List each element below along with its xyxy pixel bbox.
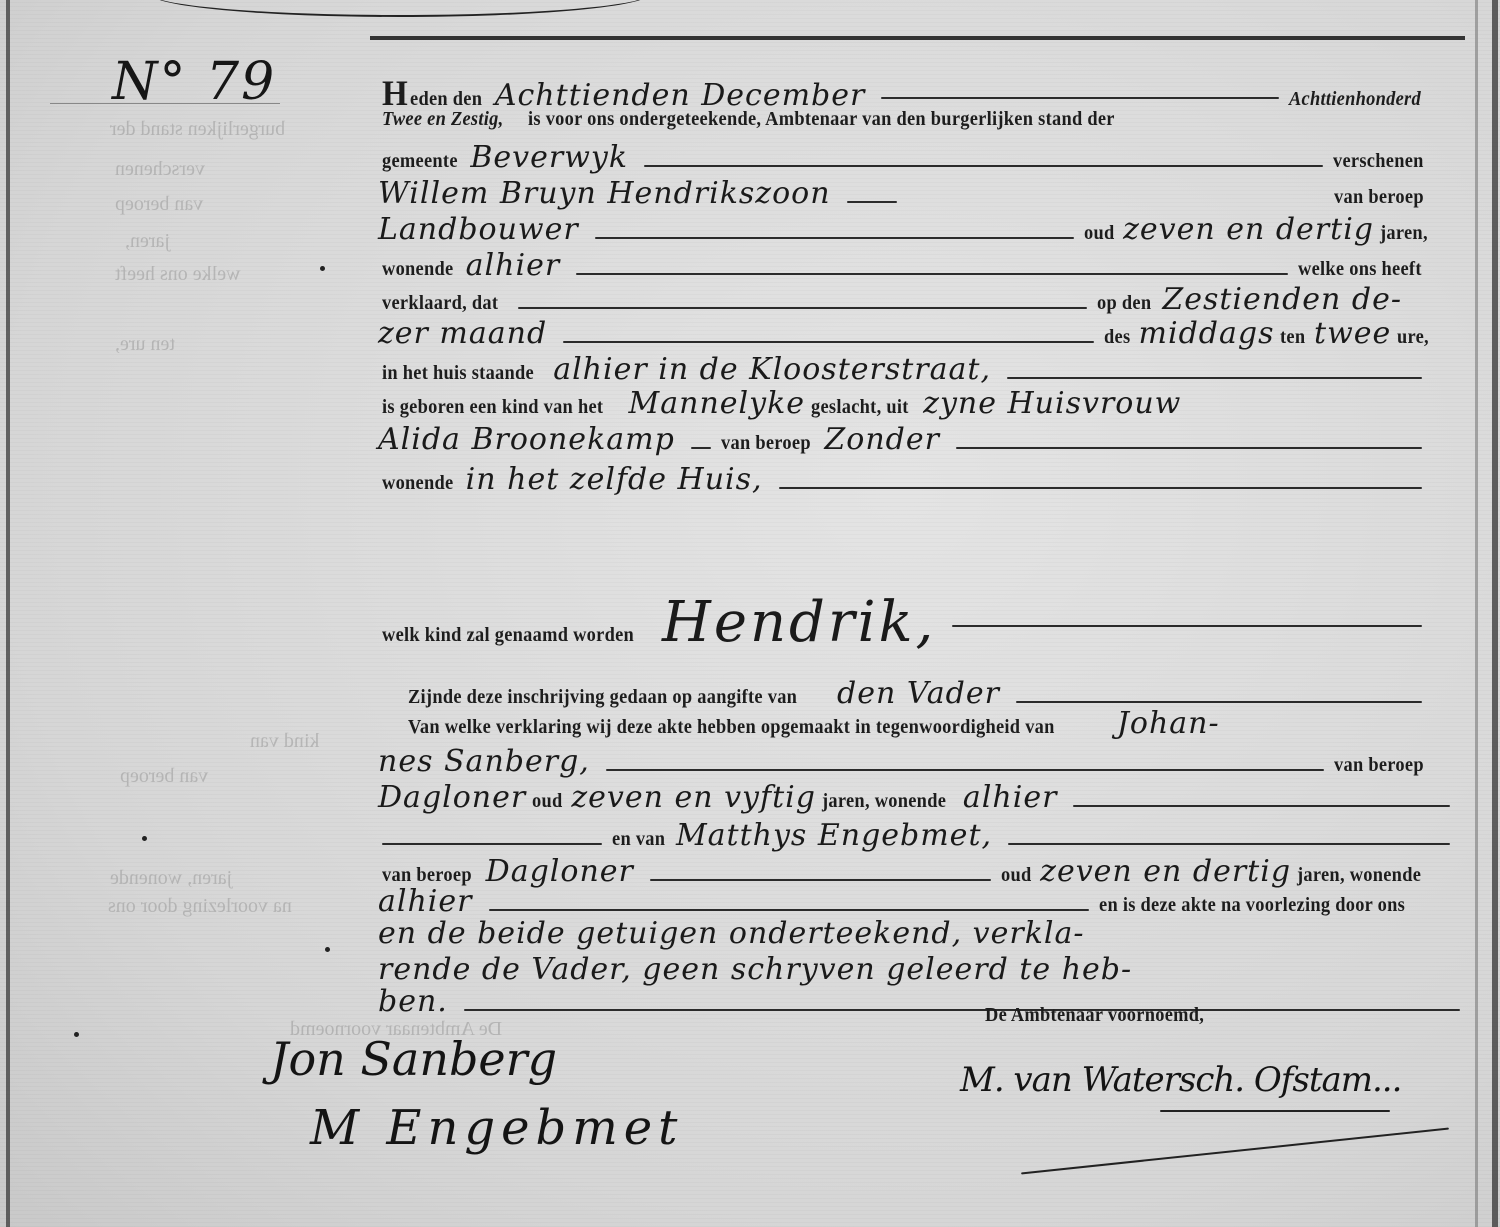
record-line-1: H eden den Achttienden December Achttien… (382, 72, 1432, 112)
handwritten-child-name: Hendrik, (662, 590, 936, 655)
handwritten-witness2-name: Matthys Engebmet, (676, 818, 992, 853)
previous-signature-flourish (150, 0, 650, 17)
handwritten-witness1-first: Johan- (1117, 706, 1220, 741)
bleed-through-text: jaren, (125, 230, 170, 253)
bleed-through-text: jaren, wonende (110, 867, 232, 890)
fill-line (881, 97, 1278, 99)
top-rule (370, 36, 1465, 40)
handwritten-closing: en de beide getuigen onderteekend, verkl… (378, 916, 1085, 951)
printed-text: wonende (382, 472, 453, 495)
handwritten-father-name: Willem Bruyn Hendrikszoon (378, 176, 831, 211)
printed-text: verklaard, dat (382, 292, 498, 315)
official-label: De Ambtenaar voornoemd, (985, 1004, 1204, 1027)
bleed-through-text: burgerlijken stand der (110, 118, 285, 141)
handwritten-sex: Mannelyke (629, 386, 805, 421)
official-signature: M. van Watersch. Ofstam... (960, 1060, 1401, 1100)
printed-text: op den (1097, 292, 1151, 315)
document-page: burgerlijken stand der verschenen van be… (0, 0, 1500, 1227)
printed-text: oud (1084, 222, 1115, 245)
handwritten-hour: twee (1314, 316, 1391, 351)
handwritten-witness1-occupation: Dagloner (378, 780, 526, 815)
official-signature-underline (1160, 1110, 1390, 1112)
fill-line (1016, 701, 1422, 703)
handwritten-time-of-day: middags (1139, 316, 1275, 351)
record-line-21: en de beide getuigen onderteekend, verkl… (372, 916, 1470, 956)
printed-text: is geboren een kind van het (382, 396, 603, 419)
record-line-15: Van welke verklaring wij deze akte hebbe… (408, 706, 1470, 746)
printed-text: is voor ons ondergeteekende, Ambtenaar v… (528, 108, 1115, 131)
printed-text: in het huis staande (382, 362, 534, 385)
official-signature-flourish (1021, 1128, 1449, 1175)
bleed-through-text: ten ure, (115, 333, 175, 356)
handwritten-witness1-age: zeven en vyftig (571, 780, 816, 815)
fill-line (650, 879, 991, 881)
bleed-through-text: kind van (250, 730, 319, 753)
page-fold-right (1475, 0, 1478, 1227)
printed-text: van beroep (721, 432, 811, 455)
fill-line (952, 625, 1422, 627)
printed-text: ten (1280, 326, 1305, 349)
printed-text: jaren, wonende (822, 790, 946, 813)
handwritten-witness1-name: nes Sanberg, (378, 744, 590, 779)
record-number-rule (50, 103, 280, 104)
handwritten-age: zeven en dertig (1123, 212, 1374, 247)
handwritten-mother-residence: in het zelfde Huis, (466, 462, 763, 497)
record-line-8: zer maand des middags ten twee ure, (372, 316, 1432, 356)
printed-text: verschenen (1333, 150, 1424, 173)
handwritten-municipality: Beverwyk (470, 140, 628, 175)
ink-speck (325, 947, 330, 952)
printed-text: Van welke verklaring wij deze akte hebbe… (408, 716, 1055, 739)
printed-text: des (1104, 326, 1130, 349)
printed-text: jaren, (1380, 222, 1428, 245)
handwritten-occupation: Landbouwer (378, 212, 579, 247)
fill-line (847, 201, 897, 203)
handwritten-closing: ben. (378, 984, 448, 1019)
fill-line (644, 165, 1323, 167)
printed-year: Twee en Zestig, (382, 108, 503, 131)
fill-line (382, 843, 602, 845)
ink-speck (142, 836, 147, 841)
printed-text: welk kind zal genaamd worden (382, 624, 634, 647)
bleed-through-text: van beroep (115, 193, 203, 216)
printed-text: welke ons heeft (1298, 258, 1422, 281)
fill-line (691, 447, 711, 449)
handwritten-birth-day: Zestienden de- (1162, 282, 1402, 317)
fill-line (576, 273, 1287, 275)
printed-text: van beroep (1334, 754, 1424, 777)
handwritten-mother-name: Alida Broonekamp (378, 422, 675, 457)
fill-line (563, 341, 1094, 343)
fill-line (595, 237, 1074, 239)
record-line-16: nes Sanberg, van beroep (372, 744, 1432, 784)
witness2-signature: M Engebmet (310, 1100, 683, 1156)
bleed-through-text: van beroep (120, 765, 208, 788)
record-line-10: is geboren een kind van het Mannelyke ge… (382, 386, 1470, 426)
official-label-line: De Ambtenaar voornoemd, (985, 1004, 1440, 1044)
printed-text: gemeente (382, 150, 458, 173)
handwritten-residence: alhier (466, 248, 561, 283)
ink-speck (74, 1032, 79, 1037)
fill-line (489, 909, 1090, 911)
fill-line (956, 447, 1422, 449)
printed-text: wonende (382, 258, 453, 281)
bleed-through-text: na voorlezing door ons (108, 895, 292, 918)
handwritten-closing: rende de Vader, geen schryven geleerd te… (378, 952, 1132, 987)
handwritten-wife: zyne Huisvrouw (923, 386, 1181, 421)
bleed-through-text: welke ons heeft (115, 263, 241, 286)
record-line-4: Willem Bruyn Hendrikszoon van beroep (372, 176, 1432, 216)
handwritten-witness2-residence: alhier (378, 884, 473, 919)
fill-line (606, 769, 1325, 771)
fill-line (1073, 805, 1450, 807)
bleed-through-text: verschenen (115, 158, 205, 181)
record-line-11: Alida Broonekamp van beroep Zonder (372, 422, 1432, 462)
fill-line (1008, 843, 1450, 845)
printed-text: en van (612, 828, 665, 851)
record-line-3: gemeente Beverwyk verschenen (382, 140, 1432, 180)
record-line-5: Landbouwer oud zeven en dertig jaren, (372, 212, 1432, 252)
page-binding-left (6, 0, 10, 1227)
fill-line (779, 487, 1422, 489)
handwritten-mother-occupation: Zonder (824, 422, 940, 457)
printed-text: van beroep (1334, 186, 1424, 209)
handwritten-witness1-residence: alhier (963, 780, 1058, 815)
printed-text: en is deze akte na voorlezing door ons (1099, 894, 1405, 917)
handwritten-month: zer maand (378, 316, 547, 351)
page-binding-right (1492, 0, 1498, 1227)
handwritten-birth-place: alhier in de Kloosterstraat, (553, 352, 991, 387)
printed-text: oud (532, 790, 563, 813)
ink-speck (320, 266, 325, 271)
record-line-13: welk kind zal genaamd worden Hendrik, (382, 590, 1432, 650)
record-line-17: Dagloner oud zeven en vyftig jaren, wone… (372, 780, 1460, 820)
record-line-12: wonende in het zelfde Huis, (382, 462, 1432, 502)
record-line-18: en van Matthys Engebmet, (372, 818, 1460, 858)
witness1-signature: Jon Sanberg (270, 1032, 557, 1086)
fill-line (1007, 377, 1422, 379)
printed-text: geslacht, uit (811, 396, 909, 419)
printed-text: ure, (1397, 326, 1429, 349)
fill-line (518, 307, 1087, 309)
